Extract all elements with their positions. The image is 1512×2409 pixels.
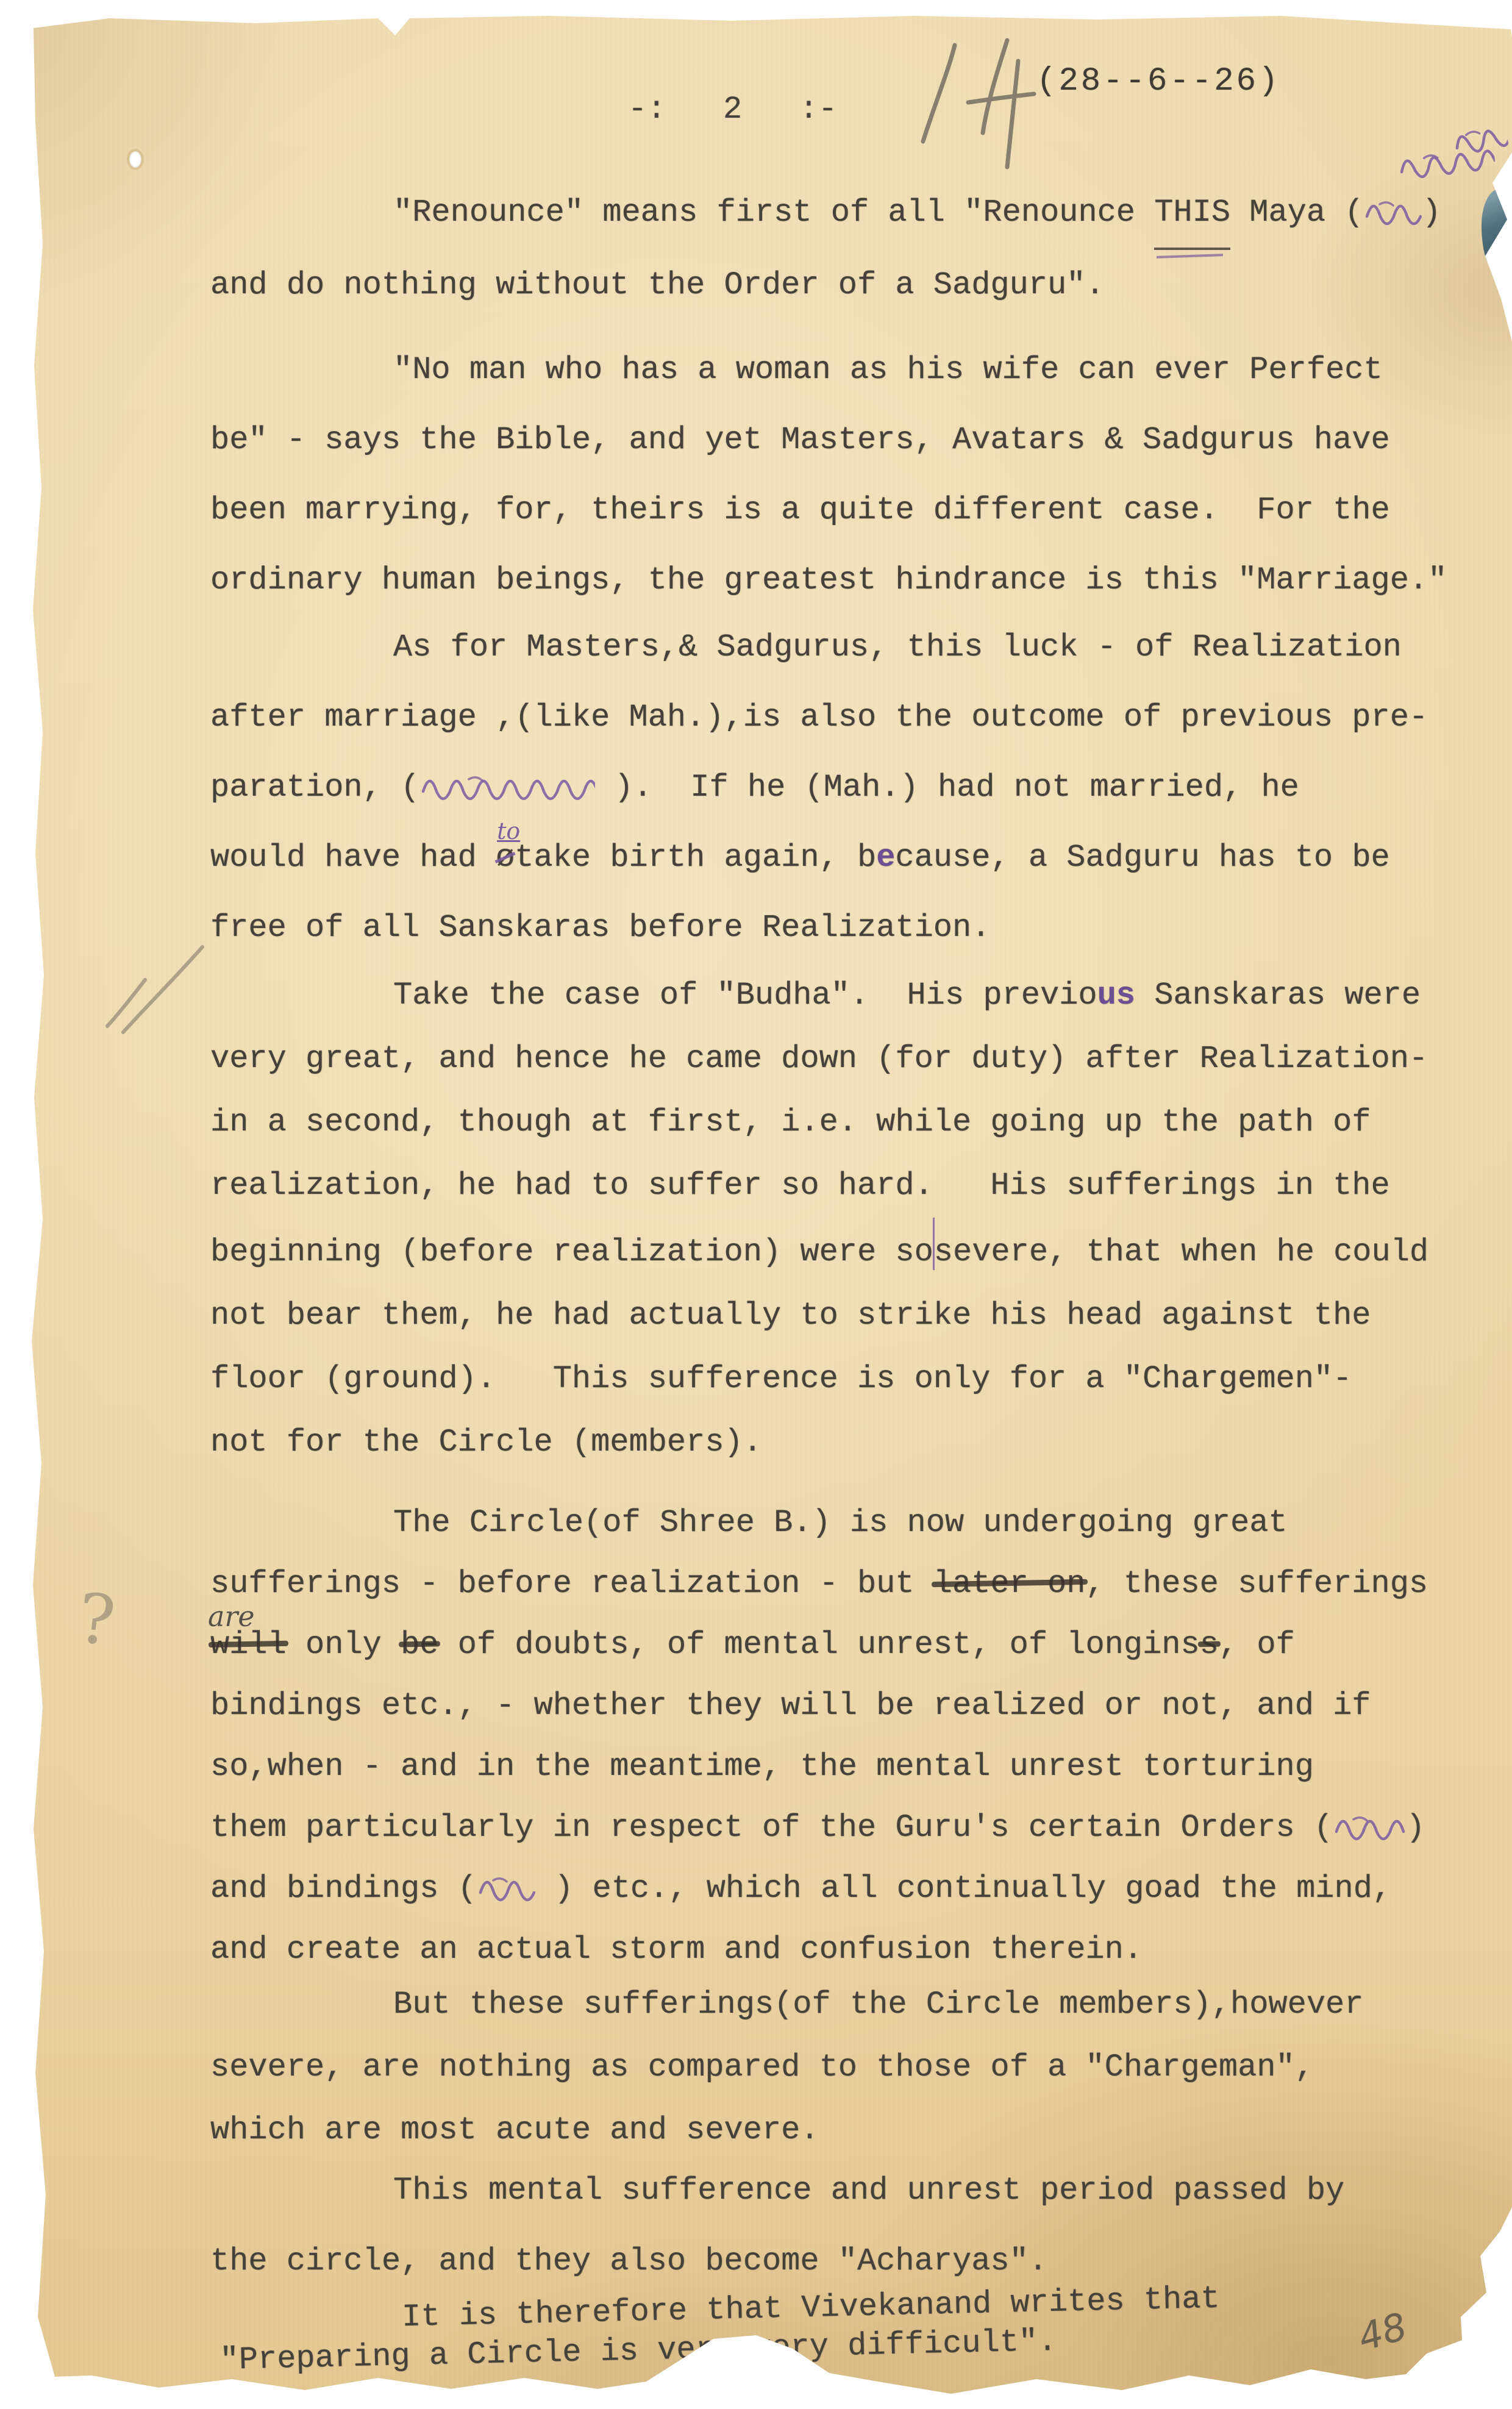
typed-segment: not bear them, he had actually to strike…: [210, 1297, 1371, 1333]
typed-segment: cause, a Sadguru has to be: [895, 840, 1389, 876]
typed-line: them particularly in respect of the Guru…: [210, 1797, 1448, 1858]
typed-segment: be" - says the Bible, and yet Masters, A…: [210, 422, 1390, 458]
paragraph: But these sufferings(of the Circle membe…: [210, 1973, 1448, 2161]
typed-line: sufferings - before realization - but la…: [210, 1554, 1448, 1615]
typed-segment: , of: [1219, 1627, 1295, 1663]
blue-ink-spot: [1482, 189, 1511, 269]
typed-segment: floor (ground). This sufference is only …: [210, 1361, 1352, 1397]
typed-segment: THIS: [1154, 177, 1230, 250]
gujarati-handwriting: [1363, 199, 1422, 227]
typed-segment: sufferings - before realization - but: [210, 1566, 933, 1602]
typed-text: "Renounce" means first of all "Renounce …: [0, 0, 1512, 2409]
typed-segment: would have had: [210, 840, 496, 876]
typed-segment: realization, he had to suffer so hard. H…: [210, 1168, 1390, 1204]
typed-segment: be: [401, 1615, 438, 1676]
typed-segment: not for the Circle (members).: [210, 1424, 762, 1460]
typed-line: so,when - and in the meantime, the menta…: [210, 1736, 1448, 1797]
typed-segment: and bindings (: [210, 1871, 477, 1907]
typed-segment: been marrying, for, theirs is a quite di…: [210, 492, 1390, 528]
paragraph: Take the case of "Budha". His previous S…: [210, 964, 1448, 1474]
typed-segment: "Renounce" means first of all "Renounce: [393, 195, 1154, 230]
typed-segment: Sanskaras were: [1135, 977, 1421, 1013]
typed-segment: only: [287, 1627, 401, 1663]
blue-ink-spot-small: [1491, 256, 1510, 280]
typed-line: floor (ground). This sufference is only …: [210, 1347, 1448, 1411]
typed-segment: take birth again, b: [515, 840, 876, 876]
document-paper: -: 2 :- (28--6--26) "Renounce" means fir…: [0, 0, 1512, 2409]
typed-segment: ordinary human beings, the greatest hind…: [210, 562, 1447, 598]
typed-segment: ). If he (Mah.) had not married, he: [595, 769, 1299, 805]
typed-line: As for Masters,& Sadgurus, this luck - o…: [210, 612, 1448, 682]
typed-segment: in a second, though at first, i.e. while…: [210, 1104, 1371, 1140]
paragraph: This mental sufference and unrest period…: [210, 2155, 1448, 2297]
typed-segment: e: [876, 840, 895, 876]
typed-segment: of doubts, of mental unrest, of longins: [438, 1627, 1199, 1663]
typed-segment: paration, (: [210, 769, 419, 805]
typed-segment: free of all Sanskaras before Realization…: [210, 910, 990, 946]
typed-line: and create an actual storm and confusion…: [210, 1919, 1448, 1980]
typed-segment: later on: [933, 1554, 1086, 1615]
typed-segment: This mental sufference and unrest period…: [393, 2172, 1344, 2208]
typed-segment: Maya (: [1230, 195, 1363, 230]
typed-line: which are most acute and severe.: [210, 2099, 1448, 2161]
typed-line: beginning (before realization) were sose…: [210, 1218, 1448, 1284]
paper-hole: [129, 151, 141, 168]
typed-segment: so,when - and in the meantime, the menta…: [210, 1749, 1314, 1785]
gujarati-handwriting: [477, 1875, 535, 1903]
typed-line: be" - says the Bible, and yet Masters, A…: [210, 405, 1448, 475]
typed-segment: s: [1200, 1615, 1219, 1676]
typed-segment: and create an actual storm and confusion…: [210, 1932, 1143, 1968]
typed-segment: Take the case of "Budha". His previo: [393, 977, 1097, 1013]
typed-line: The Circle(of Shree B.) is now undergoin…: [210, 1493, 1448, 1554]
typed-line: "Renounce" means first of all "Renounce …: [210, 177, 1448, 250]
typed-segment: the circle, and they also become "Achary…: [210, 2243, 1047, 2279]
typed-segment: which are most acute and severe.: [210, 2112, 819, 2148]
typed-line: been marrying, for, theirs is a quite di…: [210, 475, 1448, 545]
typed-line: arewill only be of doubts, of mental unr…: [210, 1615, 1448, 1676]
paragraph: "Renounce" means first of all "Renounce …: [210, 177, 1448, 320]
typed-segment: us: [1097, 977, 1135, 1013]
typed-line: very great, and hence he came down (for …: [210, 1027, 1448, 1091]
paragraph: As for Masters,& Sadgurus, this luck - o…: [210, 612, 1448, 963]
typed-line: Take the case of "Budha". His previous S…: [210, 964, 1448, 1027]
typed-line: bindings etc., - whether they will be re…: [210, 1676, 1448, 1736]
typed-segment: beginning (before realization) were so: [210, 1234, 933, 1270]
typed-line: would have had toøtake birth again, beca…: [210, 823, 1448, 893]
typed-line: paration, ( ). If he (Mah.) had not marr…: [210, 752, 1448, 823]
typed-segment: ): [1406, 1810, 1425, 1846]
typed-line: realization, he had to suffer so hard. H…: [210, 1154, 1448, 1218]
typed-line: But these sufferings(of the Circle membe…: [210, 1973, 1448, 2036]
typed-line: ordinary human beings, the greatest hind…: [210, 545, 1448, 615]
typed-segment: As for Masters,& Sadgurus, this luck - o…: [393, 629, 1402, 665]
typed-segment: , these sufferings: [1085, 1566, 1428, 1602]
typed-line: in a second, though at first, i.e. while…: [210, 1091, 1448, 1154]
typed-segment: "No man who has a woman as his wife can …: [393, 352, 1383, 388]
paragraph: The Circle(of Shree B.) is now undergoin…: [210, 1493, 1448, 1980]
typed-segment: severe, are nothing as compared to those…: [210, 2049, 1314, 2085]
typed-line: severe, are nothing as compared to those…: [210, 2036, 1448, 2099]
typed-line: and bindings ( ) etc., which all continu…: [210, 1858, 1448, 1919]
margin-slash-marks: [98, 942, 213, 1043]
typed-line: and do nothing without the Order of a Sa…: [210, 250, 1448, 320]
typed-segment: them particularly in respect of the Guru…: [210, 1810, 1333, 1846]
typed-segment: and do nothing without the Order of a Sa…: [210, 267, 1105, 303]
typed-segment: severe, that when he could: [934, 1234, 1428, 1270]
typed-line: free of all Sanskaras before Realization…: [210, 893, 1448, 963]
paragraph: "No man who has a woman as his wife can …: [210, 335, 1448, 615]
typed-segment: very great, and hence he came down (for …: [210, 1041, 1428, 1077]
typed-line: not for the Circle (members).: [210, 1411, 1448, 1474]
typed-segment: The Circle(of Shree B.) is now undergoin…: [393, 1505, 1288, 1541]
typed-segment: ): [1422, 195, 1441, 230]
typed-segment: ø: [496, 823, 515, 893]
typed-segment: after marriage ,(like Mah.),is also the …: [210, 699, 1428, 735]
typed-segment: But these sufferings(of the Circle membe…: [393, 1986, 1363, 2022]
typed-line: This mental sufference and unrest period…: [210, 2155, 1448, 2226]
scan-background: -: 2 :- (28--6--26) "Renounce" means fir…: [0, 0, 1512, 2409]
typed-line: after marriage ,(like Mah.),is also the …: [210, 682, 1448, 752]
typed-segment: ) etc., which all continually goad the m…: [535, 1871, 1391, 1907]
gujarati-handwriting: [1333, 1814, 1406, 1842]
typed-line: not bear them, he had actually to strike…: [210, 1284, 1448, 1347]
typed-segment: will: [210, 1615, 287, 1676]
typed-line: "No man who has a woman as his wife can …: [210, 335, 1448, 405]
typed-segment: bindings etc., - whether they will be re…: [210, 1688, 1371, 1724]
